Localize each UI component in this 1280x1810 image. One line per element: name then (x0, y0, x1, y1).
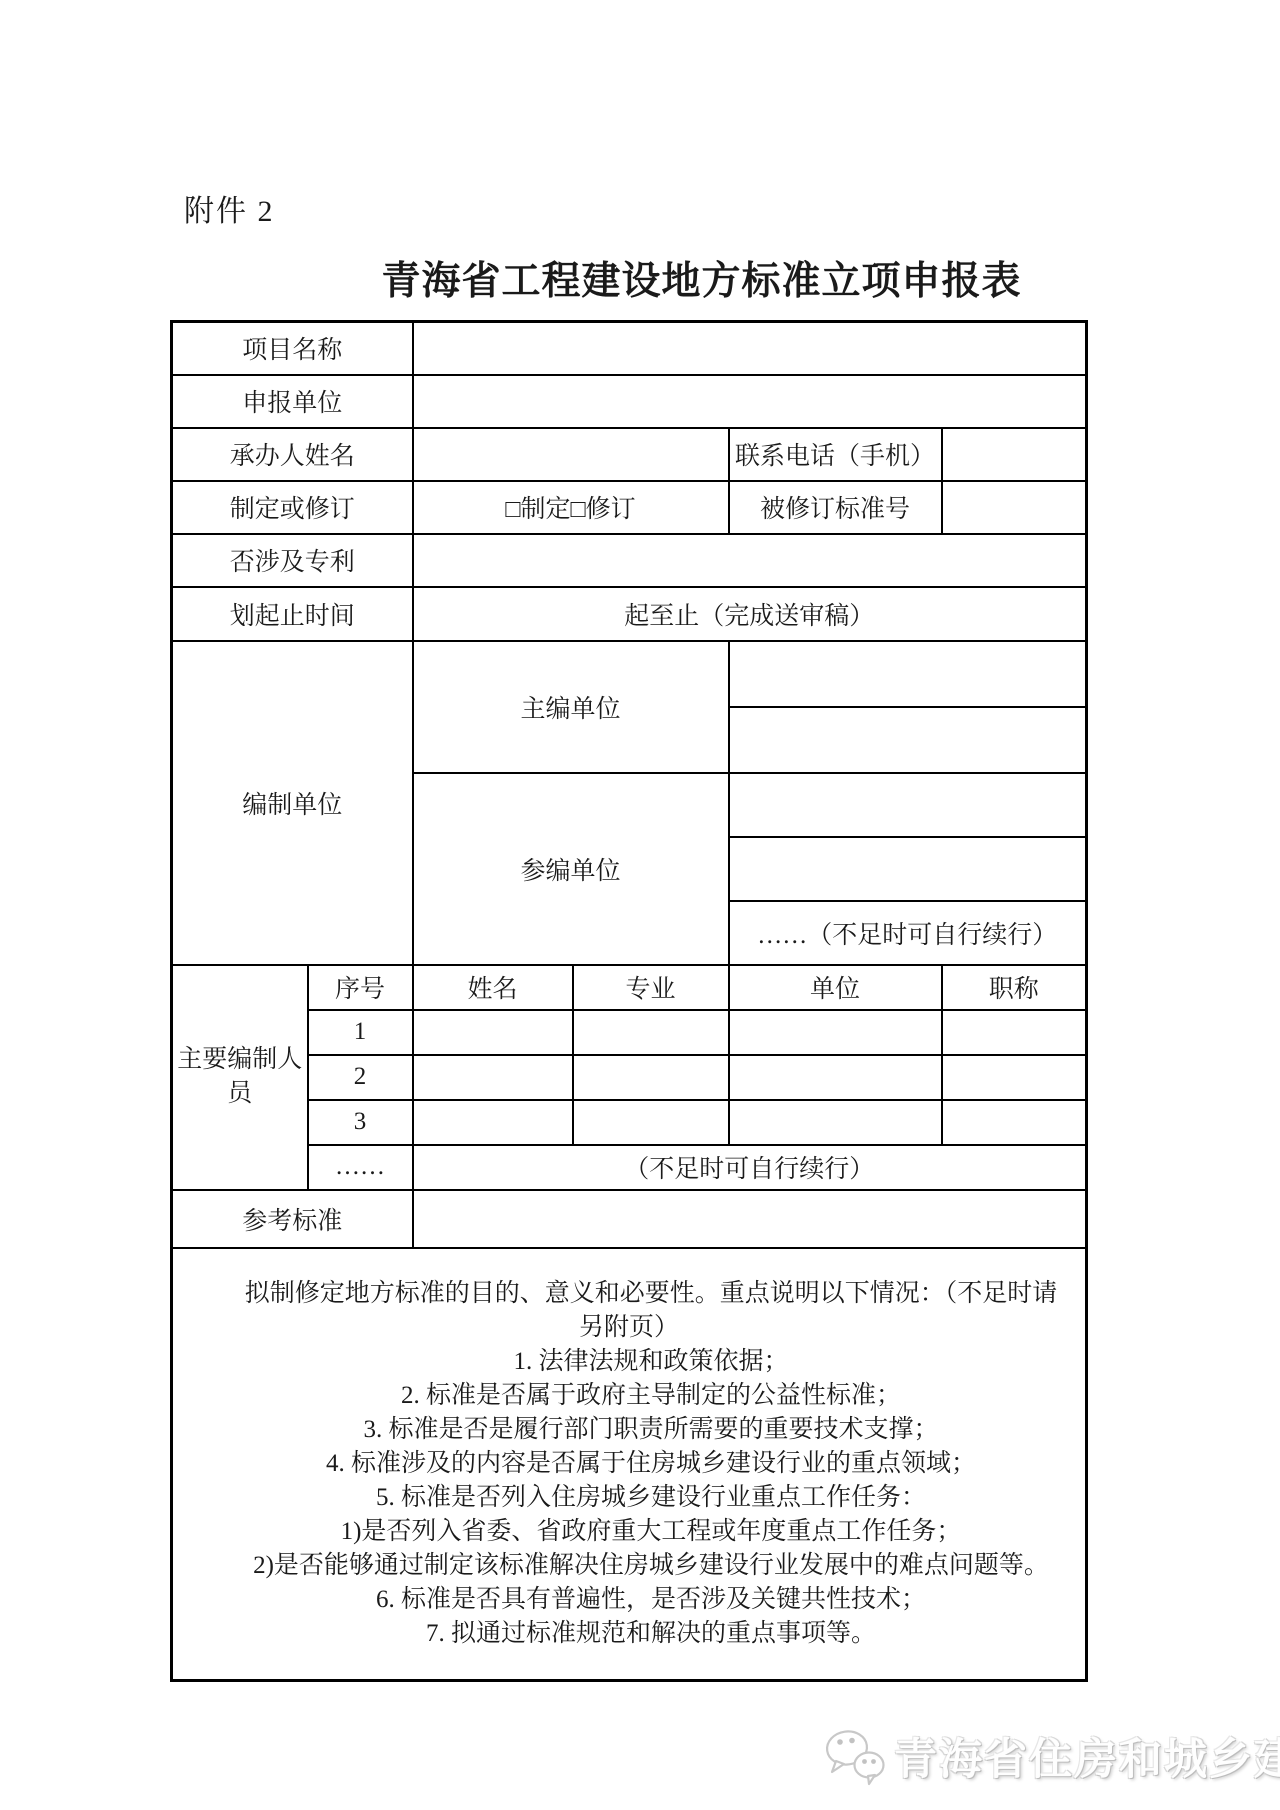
purpose-line-8: 1)是否列入省委、省政府重大工程或年度重点工作任务； (173, 1515, 1085, 1549)
purpose-line-2: 另附页） (173, 1311, 1085, 1345)
compiling-unit-label: 编制单位 (172, 641, 413, 965)
purpose-line-4: 2. 标准是否属于政府主导制定的公益性标准； (173, 1379, 1085, 1413)
reference-standard-label: 参考标准 (172, 1190, 413, 1248)
page-title: 青海省工程建设地方标准立项申报表 (170, 250, 1085, 306)
personnel-specialty-cell-3 (573, 1100, 729, 1145)
co-editor-unit-value-cell-1 (729, 773, 1087, 837)
chief-editor-unit-label: 主编单位 (413, 641, 729, 773)
personnel-header-number: 序号 (308, 965, 413, 1010)
personnel-header-specialty: 专业 (573, 965, 729, 1010)
personnel-row-number-1: 1 (308, 1010, 413, 1055)
co-editor-unit-value-cell-2 (729, 837, 1087, 901)
personnel-name-cell-1 (413, 1010, 573, 1055)
handler-name-value-cell (413, 428, 729, 481)
formulate-revise-label: 制定或修订 (172, 481, 413, 534)
project-name-label: 项目名称 (172, 322, 413, 375)
personnel-name-cell-2 (413, 1055, 573, 1100)
revised-standard-no-label: 被修订标准号 (729, 481, 942, 534)
personnel-unit-cell-3 (729, 1100, 942, 1145)
personnel-title-cell-3 (942, 1100, 1087, 1145)
personnel-header-title: 职称 (942, 965, 1087, 1010)
purpose-line-11: 7. 拟通过标准规范和解决的重点事项等。 (173, 1617, 1085, 1651)
purpose-line-3: 1. 法律法规和政策依据； (173, 1345, 1085, 1379)
purpose-line-6: 4. 标准涉及的内容是否属于住房城乡建设行业的重点领域； (173, 1447, 1085, 1481)
personnel-row-number-2: 2 (308, 1055, 413, 1100)
purpose-line-10: 6. 标准是否具有普遍性，是否涉及关键共性技术； (173, 1583, 1085, 1617)
revised-standard-no-value-cell (942, 481, 1087, 534)
contact-phone-value-cell (942, 428, 1087, 481)
personnel-title-cell-1 (942, 1010, 1087, 1055)
org-watermark: 青海省住房和城乡建设厅 (822, 1726, 1280, 1787)
co-editor-continuation-note: ……（不足时可自行续行） (729, 901, 1087, 965)
attachment-label: 附件 2 (184, 186, 275, 230)
personnel-ellipsis-cell: …… (308, 1145, 413, 1190)
patent-value-cell (413, 534, 1087, 587)
personnel-name-cell-3 (413, 1100, 573, 1145)
schedule-label: 划起止时间 (172, 587, 413, 641)
handler-name-label: 承办人姓名 (172, 428, 413, 481)
personnel-section-label: 主要编制人员 (172, 965, 308, 1190)
personnel-unit-cell-2 (729, 1055, 942, 1100)
org-name: 青海省住房和城乡建设厅 (894, 1726, 1280, 1787)
purpose-line-5: 3. 标准是否是履行部门职责所需要的重要技术支撑； (173, 1413, 1085, 1447)
personnel-specialty-cell-2 (573, 1055, 729, 1100)
reference-standard-value-cell (413, 1190, 1087, 1248)
personnel-continuation-note: （不足时可自行续行） (413, 1145, 1087, 1190)
personnel-header-name: 姓名 (413, 965, 573, 1010)
purpose-section: 拟制修定地方标准的目的、意义和必要性。重点说明以下情况：（不足时请 另附页） 1… (172, 1248, 1087, 1681)
chief-editor-unit-value-cell-2 (729, 707, 1087, 773)
personnel-title-cell-2 (942, 1055, 1087, 1100)
chief-editor-unit-value-cell-1 (729, 641, 1087, 707)
personnel-specialty-cell-1 (573, 1010, 729, 1055)
wechat-icon (822, 1727, 888, 1787)
purpose-line-1: 拟制修定地方标准的目的、意义和必要性。重点说明以下情况：（不足时请 (173, 1277, 1085, 1311)
schedule-value: 起至止（完成送审稿） (413, 587, 1087, 641)
purpose-line-9: 2)是否能够通过制定该标准解决住房城乡建设行业发展中的难点问题等。 (173, 1549, 1085, 1583)
project-name-value-cell (413, 322, 1087, 375)
personnel-header-unit: 单位 (729, 965, 942, 1010)
formulate-revise-checkboxes: □制定□修订 (413, 481, 729, 534)
personnel-unit-cell-1 (729, 1010, 942, 1055)
purpose-line-7: 5. 标准是否列入住房城乡建设行业重点工作任务： (173, 1481, 1085, 1515)
declaring-unit-value-cell (413, 375, 1087, 428)
application-form-table: 项目名称 申报单位 承办人姓名 联系电话（手机） 制定或修订 □制定□修订 被修… (170, 320, 1088, 1682)
declaring-unit-label: 申报单位 (172, 375, 413, 428)
patent-label: 否涉及专利 (172, 534, 413, 587)
co-editor-unit-label: 参编单位 (413, 773, 729, 965)
personnel-row-number-3: 3 (308, 1100, 413, 1145)
contact-phone-label: 联系电话（手机） (729, 428, 942, 481)
